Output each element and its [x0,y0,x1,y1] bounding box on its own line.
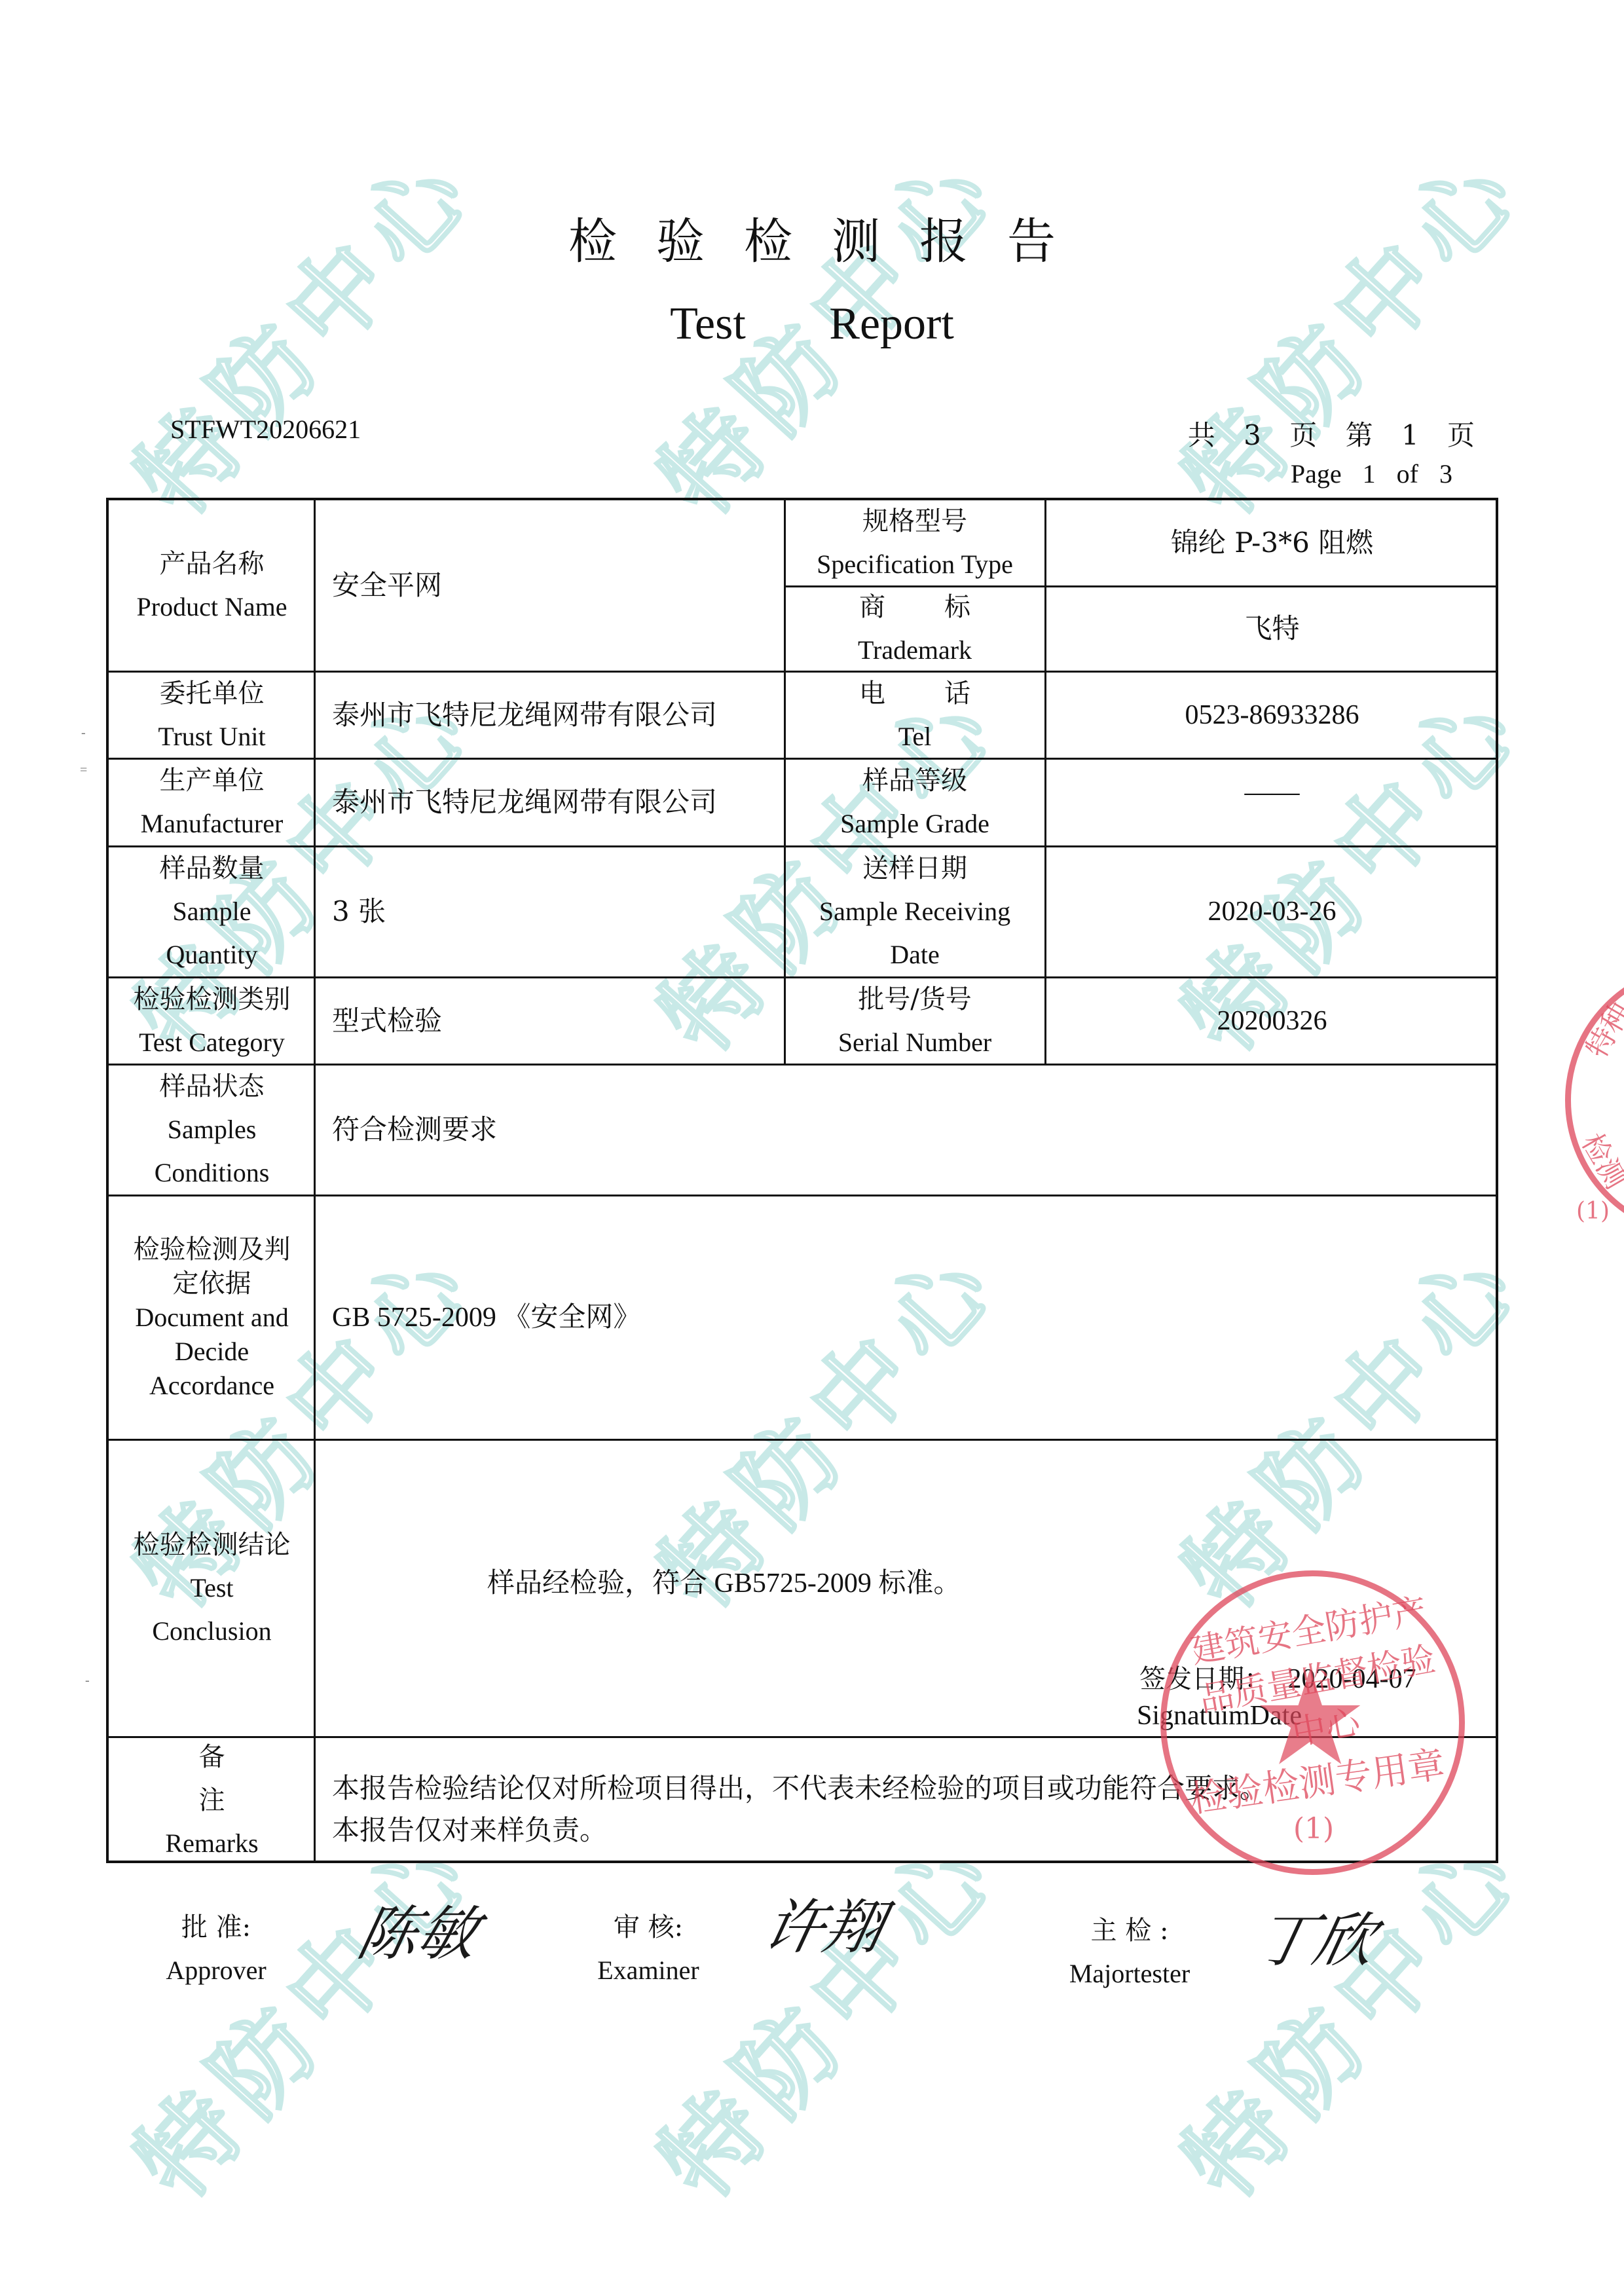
inspection-seal-stamp: 建筑安全防护产品质量监督检验中心 ★ 检验检测专用章 (1) [1160,1570,1465,1875]
examiner-signature: 许翔 [757,1880,893,1965]
value-document: GB 5725-2009 《安全网》 [315,1196,1498,1439]
label-sample-receiving-date: 送样日期 Sample Receiving Date [785,847,1044,976]
majortester-label: 主 检 : Majortester [1054,1909,1205,1995]
value-samples-conditions: 符合检测要求 [315,1065,1498,1195]
label-conclusion: 检验检测结论 Test Conclusion [109,1440,315,1736]
scan-mark: - [81,726,86,741]
value-trademark: 飞特 [1046,587,1498,671]
label-manufacturer: 生产单位 Manufacturer [109,759,315,845]
row-divider [109,1439,1498,1441]
label-document: 检验检测及判 定依据 Document and Decide Accordanc… [109,1196,315,1439]
approver-label: 批 准: Approver [151,1906,282,1992]
value-trust-unit: 泰州市飞特尼龙绳网带有限公司 [315,672,784,758]
label-spec-type: 规格型号 Specification Type [785,500,1044,585]
partial-stamp-number: (1) [1576,1198,1610,1225]
label-sample-grade: 样品等级 Sample Grade [785,759,1044,845]
value-sample-quantity: 3 张 [315,847,784,976]
label-samples-conditions: 样品状态 Samples Conditions [109,1065,315,1195]
label-test-category: 检验检测类别 Test Category [109,978,315,1064]
scan-mark: - [85,1673,90,1688]
scan-mark: = [80,763,87,778]
value-product-name: 安全平网 [315,500,784,671]
majortester-signature: 丁欣 [1248,1893,1384,1978]
value-test-category: 型式检验 [315,978,784,1064]
stamp-number: (1) [1166,1812,1461,1845]
report-number: STFWT20206621 [170,414,361,445]
value-manufacturer: 泰州市飞特尼龙绳网带有限公司 [315,759,784,845]
label-product-name: 产品名称 Product Name [109,500,315,671]
label-remarks: 备注 Remarks [109,1737,315,1863]
value-serial-number: 20200326 [1046,978,1498,1064]
report-title-cn: 检验检测报告 [0,203,1624,272]
value-sample-receiving-date: 2020-03-26 [1046,847,1498,976]
partial-stamp-text-bottom: 检测 [1574,1124,1624,1195]
label-serial-number: 批号/货号 Serial Number [785,978,1044,1064]
approver-signature: 陈敏 [351,1886,487,1971]
label-tel: 电话 Tel [785,672,1044,758]
value-conclusion: 样品经检验，符合 GB5725-2009 标准。 [487,1561,961,1601]
value-tel: 0523-86933286 [1046,672,1498,758]
report-title-en: Test Report [0,298,1624,350]
page-count-cn: 共 3 页 第 1 页 [1188,414,1480,453]
label-sample-quantity: 样品数量 Sample Quantity [109,847,315,976]
value-sample-grade: —— [1046,759,1498,845]
label-trademark: 商标 Trademark [785,587,1044,671]
partial-stamp-text-top: 特种 [1574,993,1624,1064]
examiner-label: 审 核: Examiner [583,1906,714,1992]
label-trust-unit: 委托单位 Trust Unit [109,672,315,758]
page-count-en: Page 1 of 3 [1291,458,1452,489]
value-spec-type: 锦纶 P-3*6 阻燃 [1046,500,1498,585]
partial-seal-stamp: 特种 检测 (1) [1565,963,1624,1238]
test-report-page: 特防中心 特防中心 特防中心 特防中心 特防中心 特防中心 特防中心 特防中心 … [0,0,1624,2279]
